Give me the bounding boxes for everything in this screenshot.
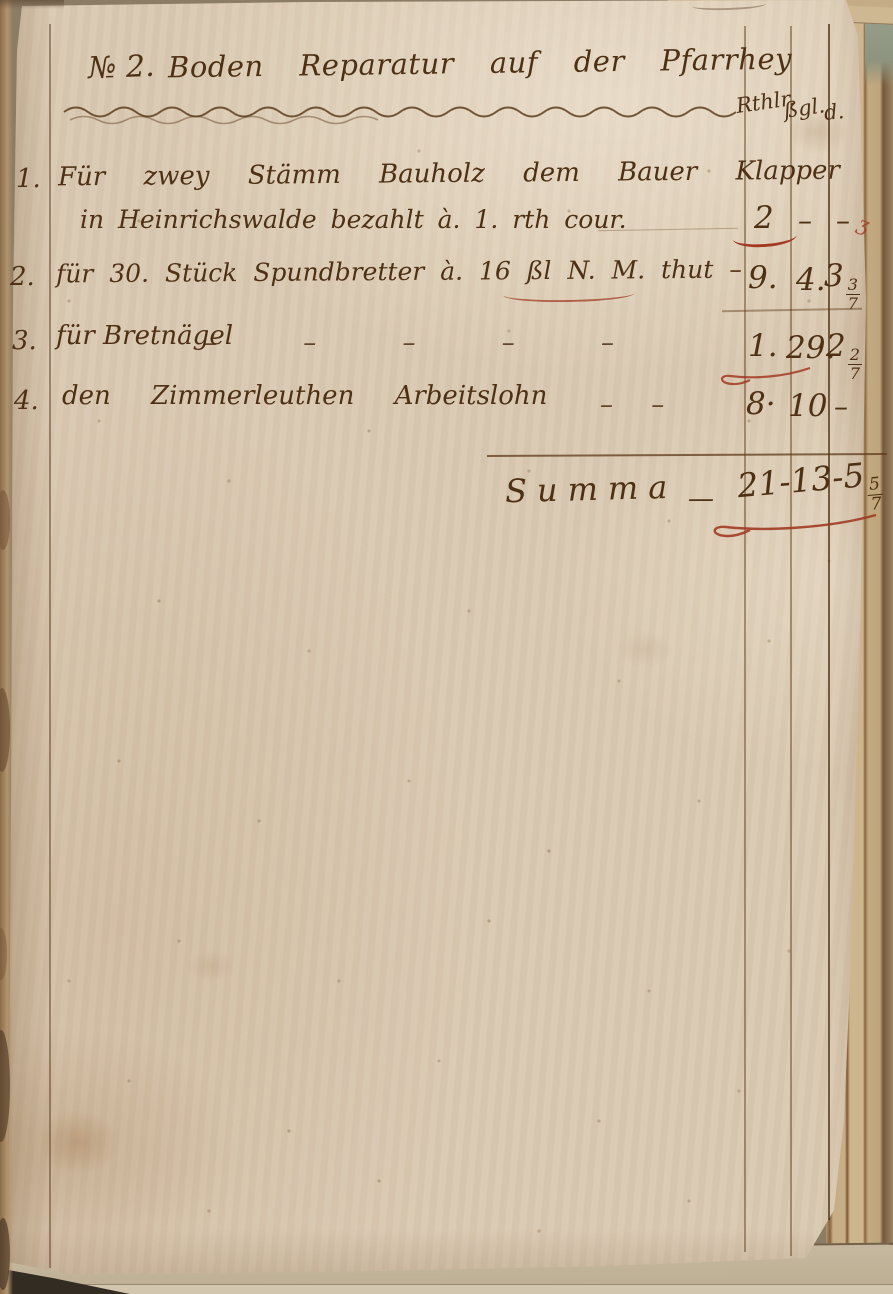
entry-3-amount-d: 227 [826, 328, 862, 382]
entry-3-red-flourish [714, 362, 814, 388]
entry-4-dashes: – – [600, 390, 664, 420]
red-tick-mark: ʒ [854, 211, 873, 237]
title-underline-flourish [60, 98, 760, 132]
entry-1-number: 1. [16, 164, 41, 194]
photo-of-ledger-page: № 2. Boden Reparatur auf der Pfarrhey Rt… [0, 0, 893, 1294]
entry-1-amount-d: – [836, 204, 850, 237]
entry-number-heading: № 2. [87, 49, 155, 86]
entry-2-number: 2. [10, 262, 35, 292]
entry-2-amount-d: 337 [824, 258, 860, 312]
entry-1-text-line-2: in Heinrichswalde bezahlt à. 1. rth cour… [80, 205, 627, 234]
total-fraction: 57 [866, 476, 884, 514]
entry-1-red-underline [733, 234, 798, 249]
entry-2-red-underline-price [503, 291, 635, 303]
column-header-gl: ßgl. [783, 93, 827, 122]
entry-2-amount-gl: 4. [796, 262, 826, 298]
column-header-d: d. [823, 99, 846, 125]
column-rule-d [828, 24, 830, 1220]
entry-2-text: für 30. Stück Spundbretter à. 16 ßl N. M… [56, 255, 742, 289]
entry-1-amount-gl: – [798, 204, 812, 237]
total-gl: 13 [789, 458, 834, 501]
ink-layer: № 2. Boden Reparatur auf der Pfarrhey Rt… [0, 0, 893, 1294]
total-label: Summa [505, 468, 678, 510]
column-rule-gl [790, 26, 792, 1256]
entry-4-text: den Zimmerleuthen Arbeitslohn [62, 381, 547, 411]
stray-ink-fragment [692, 0, 766, 11]
total-d: 5 [842, 455, 866, 496]
entry-3-number: 3. [12, 326, 37, 356]
total-rthlr: 21 [736, 463, 781, 506]
entry-1-text-line-1: Für zwey Stämm Bauholz dem Bauer Klapper [58, 156, 840, 193]
entry-4-amount-gl: 10 [788, 388, 827, 424]
page-title: Boden Reparatur auf der Pfarrhey [168, 42, 792, 85]
total-red-flourish [706, 510, 881, 538]
entry-4-amount-d: – [834, 390, 848, 423]
margin-rule-line [49, 24, 51, 1268]
entry-3-dashes: – – – – – [204, 328, 614, 358]
entry-4-amount-rthlr: 8· [746, 386, 776, 422]
entry-4-number: 4. [14, 386, 39, 416]
column-rule-rthlr [744, 26, 746, 1252]
entry-3-amount-rthlr: 1. [748, 328, 778, 364]
entry-1-amount-rthlr: 2 [754, 200, 774, 236]
sum-rule-line [487, 453, 887, 457]
entry-2-amount-rthlr: 9. [748, 260, 778, 296]
entry-3-fraction: 27 [848, 347, 862, 382]
